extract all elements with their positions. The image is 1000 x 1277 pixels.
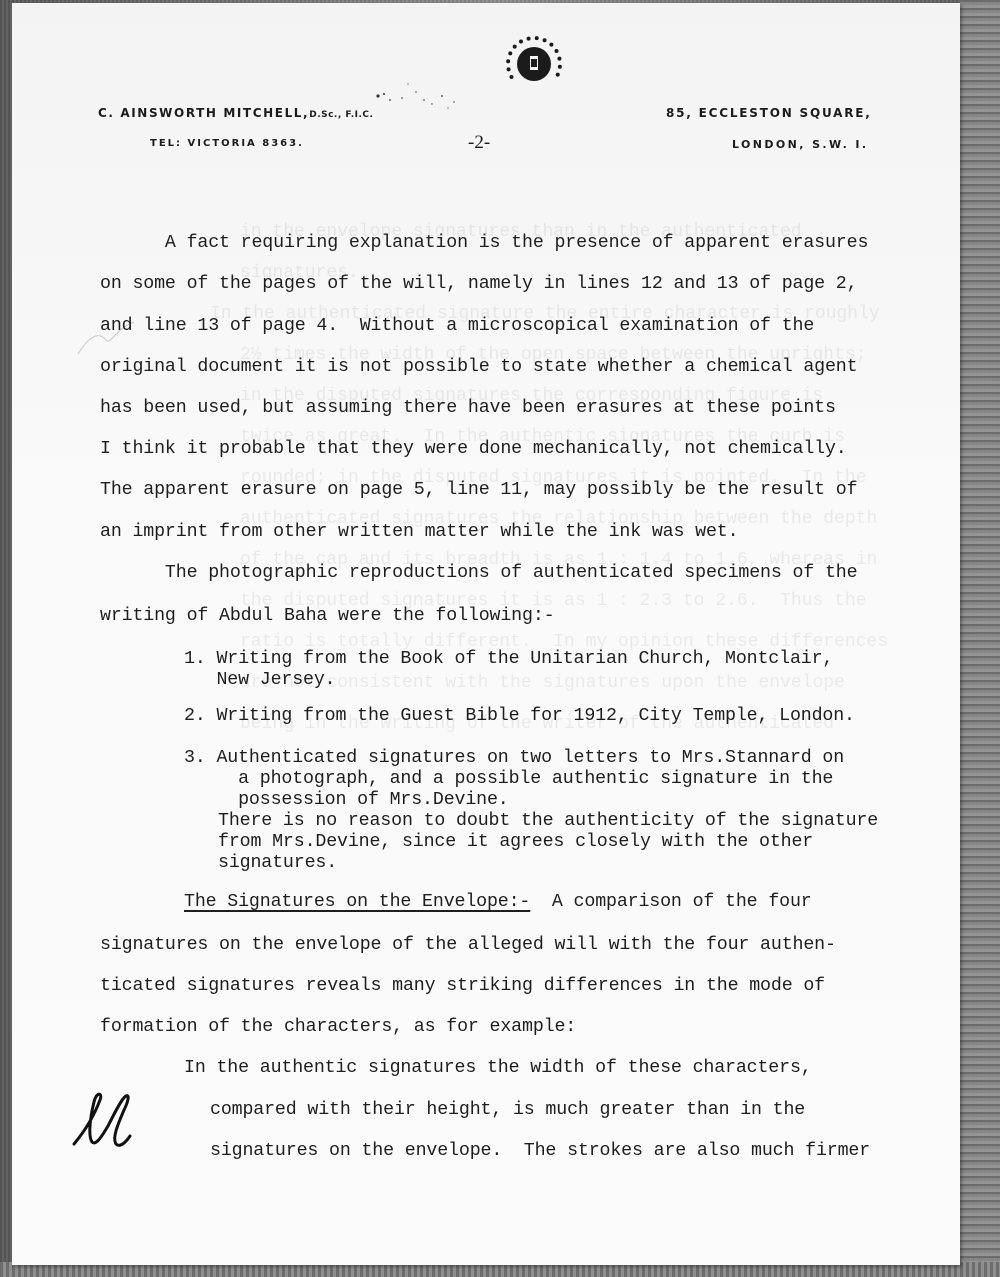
list-item-1-cont: New Jersey. [184, 670, 336, 690]
section-text: A comparison of the four [530, 892, 811, 912]
list-item-1: 1. Writing from the Book of the Unitaria… [184, 649, 833, 669]
body-line: The apparent erasure on page 5, line 11,… [100, 480, 857, 500]
section-heading: The Signatures on the Envelope:- [184, 892, 530, 912]
body-line: writing of Abdul Baha were the following… [100, 606, 554, 626]
list-item-2: 2. Writing from the Guest Bible for 1912… [184, 706, 855, 726]
body-line: I think it probable that they were done … [100, 439, 847, 459]
embossed-seal-icon [500, 34, 564, 98]
letterhead-address-line2: LONDON, S.W. I. [732, 138, 869, 151]
body-line: has been used, but assuming there have b… [100, 398, 836, 418]
body-line: formation of the characters, as for exam… [100, 1017, 576, 1037]
ink-specks [372, 78, 462, 118]
section-heading-line: The Signatures on the Envelope:- A compa… [184, 892, 812, 912]
note-line: from Mrs.Devine, since it agrees closely… [218, 832, 813, 852]
list-item-3: 3. Authenticated signatures on two lette… [184, 748, 844, 768]
body-line: signatures on the envelope. The strokes … [210, 1141, 870, 1161]
letterhead-name: C. AINSWORTH MITCHELL,D.Sc., F.I.C. [98, 106, 373, 120]
body-line: and line 13 of page 4. Without a microsc… [100, 316, 814, 336]
letterhead-telephone: TEL: VICTORIA 8363. [150, 138, 304, 149]
letterhead-qualifications: D.Sc., F.I.C. [309, 110, 373, 120]
body-line: In the authentic signatures the width of… [184, 1058, 812, 1078]
body-line: The photographic reproductions of authen… [100, 563, 857, 583]
handwritten-ll-annotation [70, 1092, 132, 1148]
note-line: signatures. [218, 853, 337, 873]
body-line: an imprint from other written matter whi… [100, 522, 738, 542]
body-line: on some of the pages of the will, namely… [100, 274, 857, 294]
body-line: signatures on the envelope of the allege… [100, 935, 836, 955]
body-line: original document it is not possible to … [100, 357, 857, 377]
note-line: There is no reason to doubt the authenti… [218, 811, 878, 831]
body-line: A fact requiring explanation is the pres… [100, 233, 868, 253]
list-item-3-cont: possession of Mrs.Devine. [184, 790, 509, 810]
scan-right-edge [960, 0, 1000, 1277]
list-item-3-cont: a photograph, and a possible authentic s… [184, 769, 833, 789]
body-line: ticated signatures reveals many striking… [100, 976, 825, 996]
page-number: -2- [468, 132, 490, 154]
letterhead-address-line1: 85, ECCLESTON SQUARE, [666, 106, 872, 120]
body-line: compared with their height, is much grea… [210, 1100, 805, 1120]
